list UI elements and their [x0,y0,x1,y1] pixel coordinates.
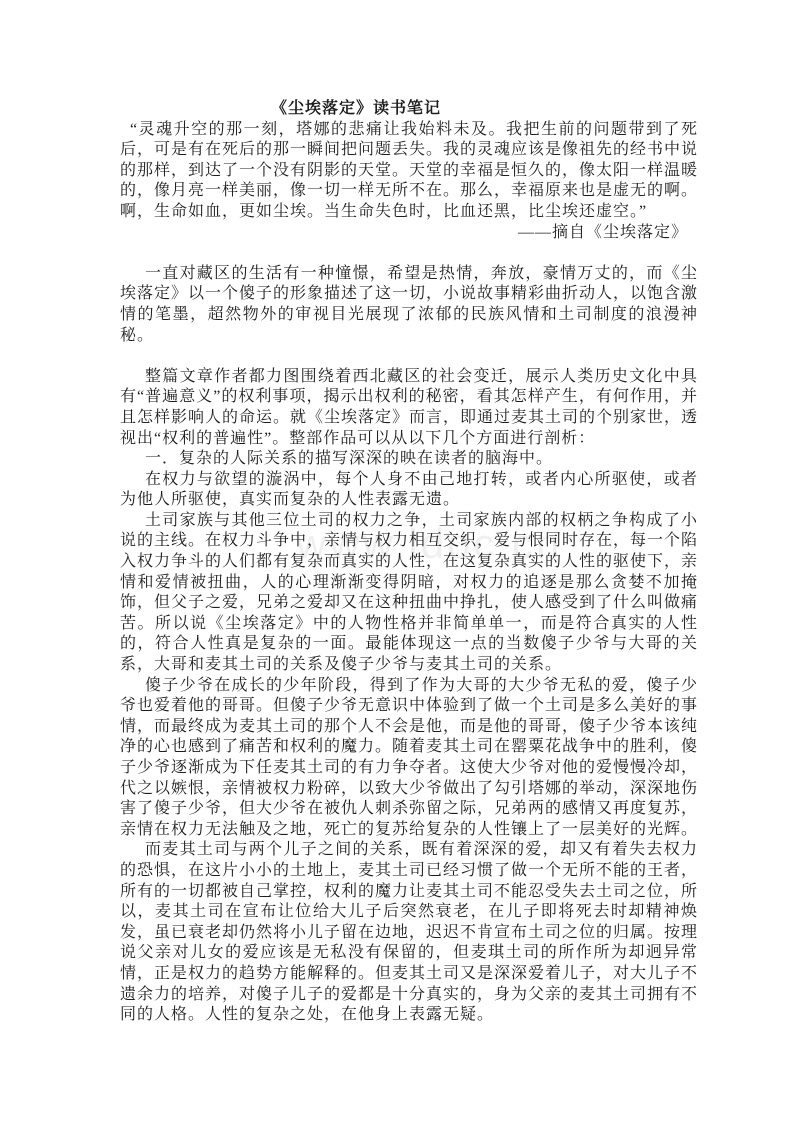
paragraph-tusi-family: 土司家族与其他三位土司的权力之争，土司家族内部的权柄之争构成了小说的主线。在权力… [120,511,698,676]
paragraph-power-desire: 在权力与欲望的漩涡中，每个人身不由己地打转，或者内心所驱使，或者为他人所驱使，真… [120,470,698,511]
paragraph-idiot-young-master: 傻子少爷在成长的少年阶段，得到了作为大哥的大少爷无私的爱，傻子少爷也爱着他的哥哥… [120,676,698,841]
opening-quote-paragraph: “灵魂升空的那一刻，塔娜的悲痛让我始料未及。我把生前的问题带到了死后，可是有在死… [120,120,698,223]
section-heading-one: 一．复杂的人际关系的描写深深的映在读者的脑海中。 [120,449,698,470]
document-page: www.ldoc.cn 《尘埃落定》读书笔记 “灵魂升空的那一刻，塔娜的悲痛让我… [0,0,800,1132]
paragraph-maiqi-tusi-sons: 而麦其土司与两个儿子之间的关系，既有着深深的爱，却又有着失去权力的恐惧，在这片小… [120,840,698,1025]
paragraph-overview: 整篇文章作者都力图围绕着西北藏区的社会变迁，展示人类历史文化中具有“普遍意义”的… [120,367,698,449]
document-body: 《尘埃落定》读书笔记 “灵魂升空的那一刻，塔娜的悲痛让我始料未及。我把生前的问题… [120,99,698,1026]
quote-attribution: ——摘自《尘埃落定》 [120,223,698,244]
paragraph-intro: 一直对藏区的生活有一种憧憬，希望是热情，奔放，豪情万丈的，而《尘埃落定》以一个傻… [120,264,698,346]
document-title: 《尘埃落定》读书笔记 [120,99,698,120]
